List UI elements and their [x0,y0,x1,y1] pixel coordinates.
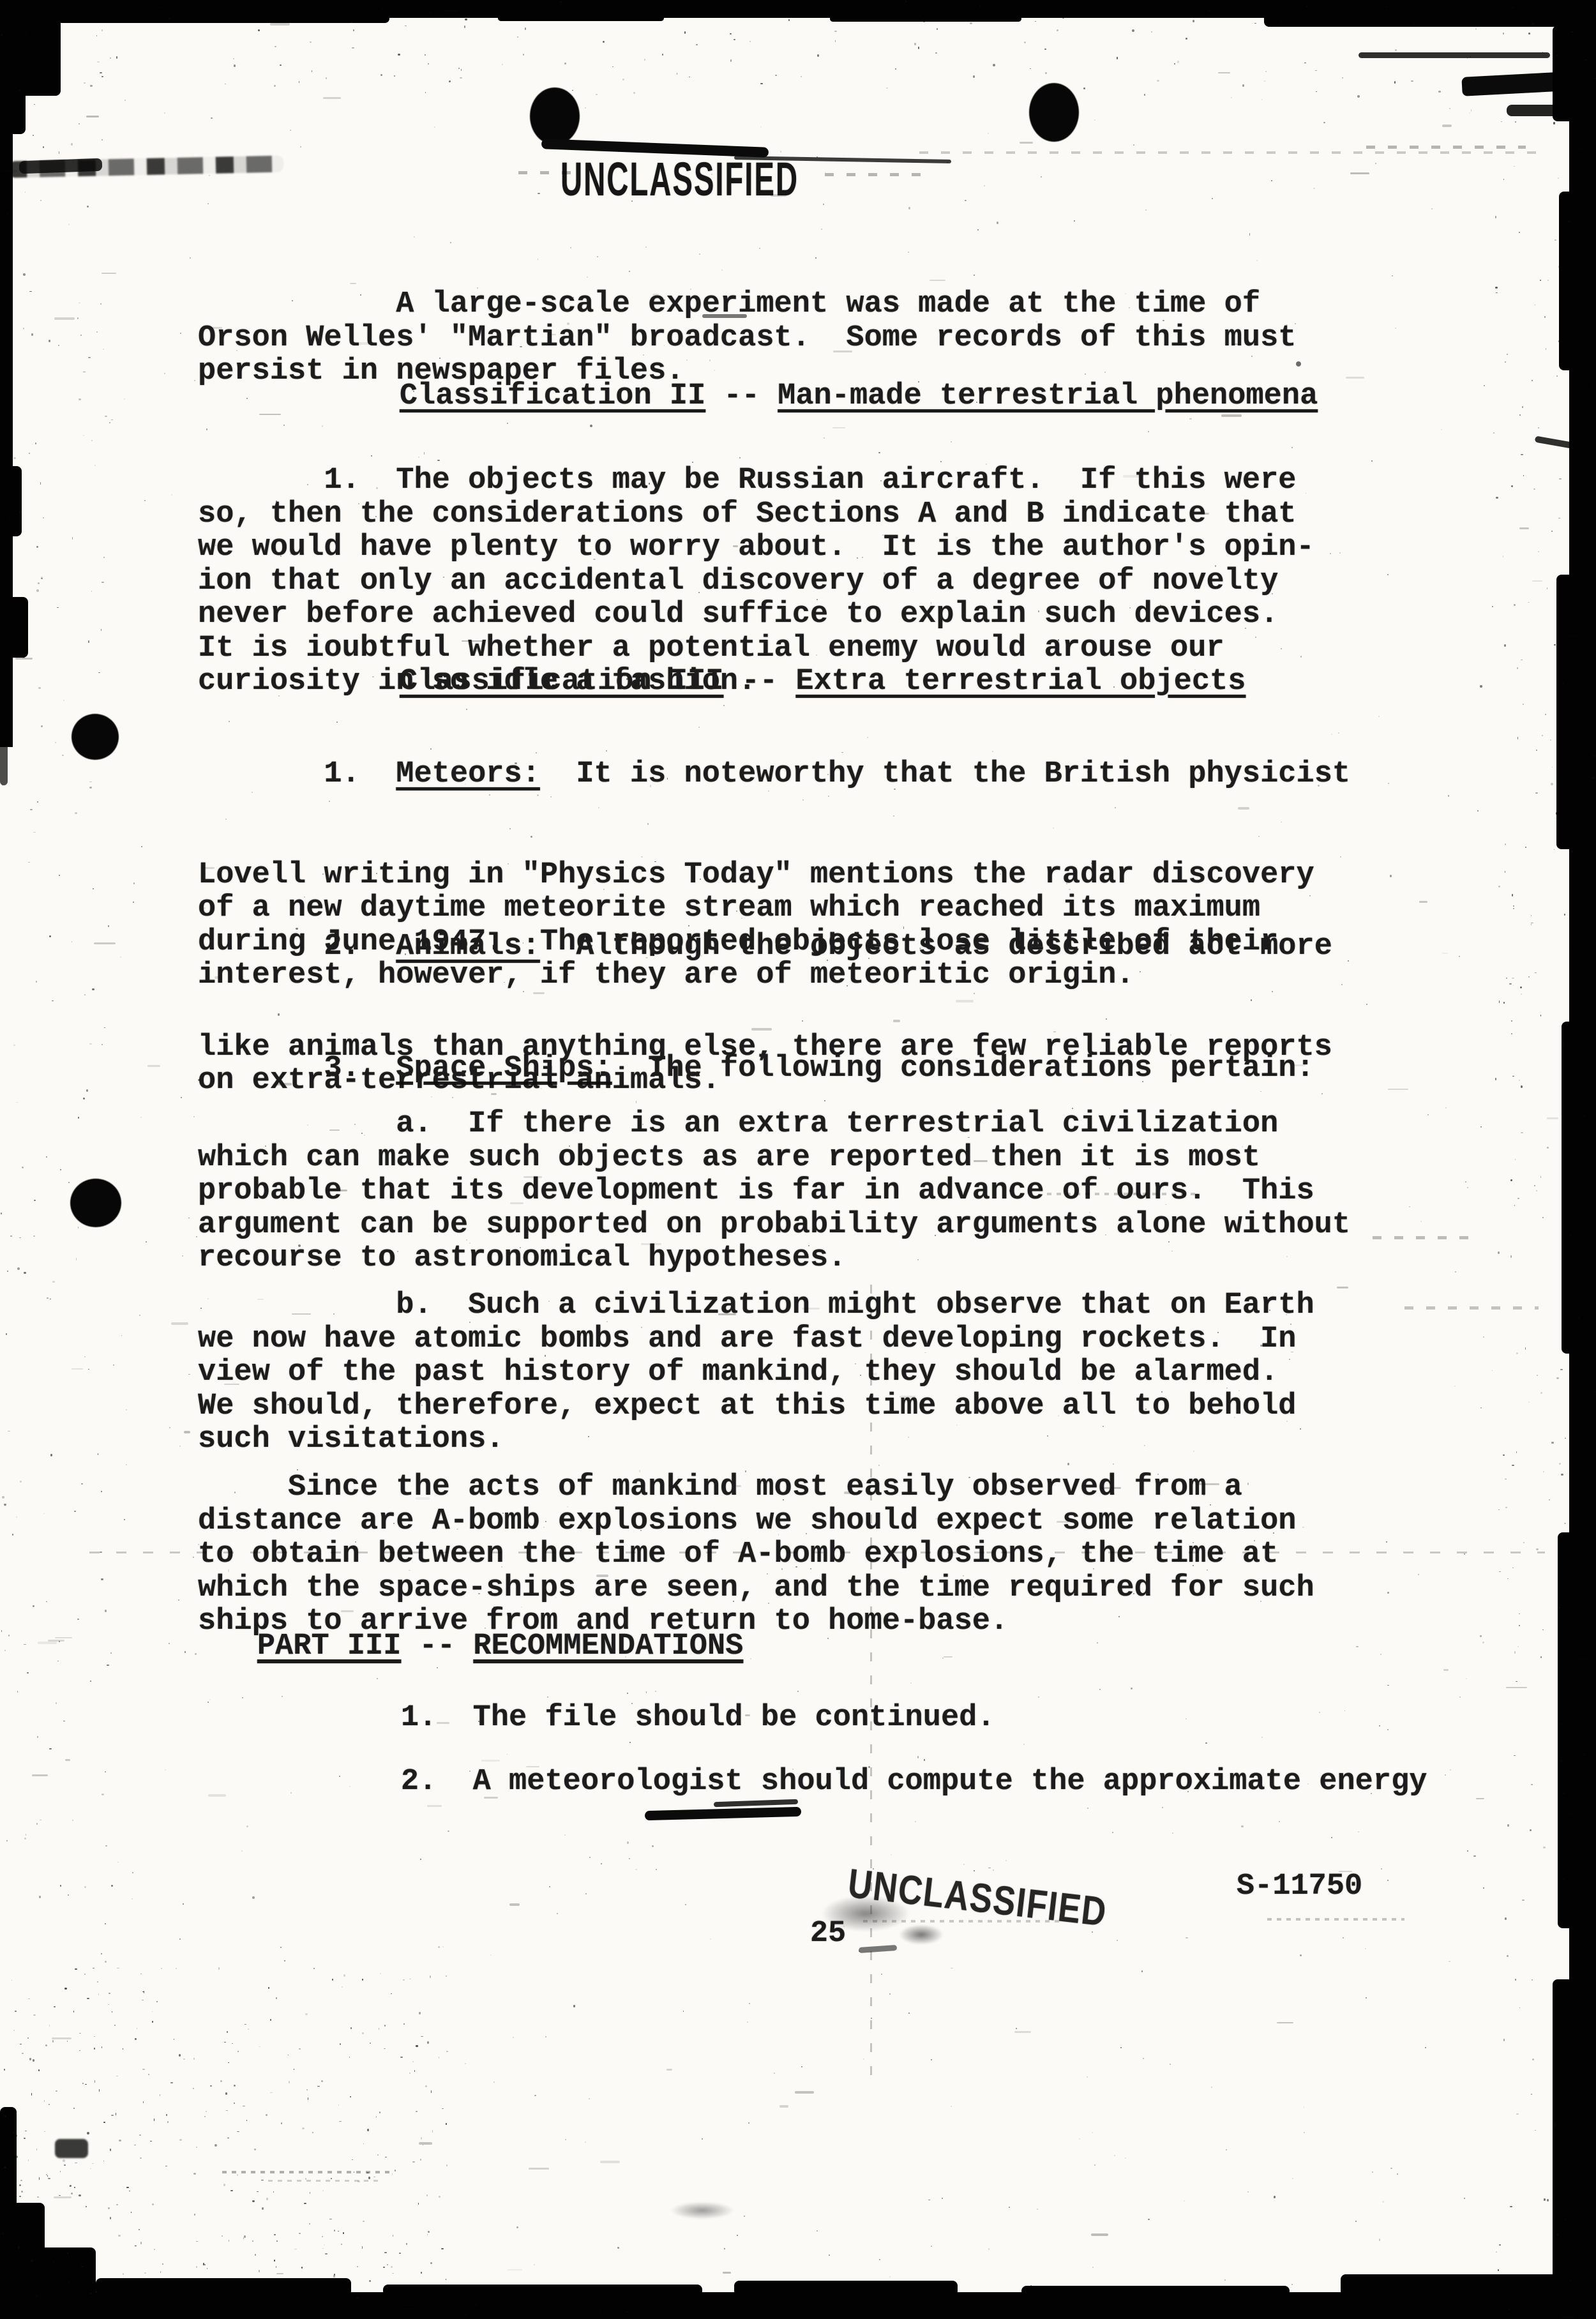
speck [1247,2191,1249,2193]
speck [97,61,100,63]
speck [1379,2239,1380,2241]
speck [1386,1541,1387,1543]
speck [1409,1206,1410,1207]
speck [1087,2076,1088,2078]
speck [160,2094,160,2096]
speck [103,349,104,350]
speck [43,146,44,148]
speck [391,2266,393,2268]
speck [1035,21,1036,22]
speck [299,81,299,83]
speck [52,1001,54,1001]
speck [1442,125,1452,127]
speck [931,2246,932,2247]
speck [970,22,972,24]
speck [1193,20,1194,22]
speck [276,2273,283,2274]
speck [50,1454,52,1456]
speck [357,2266,358,2267]
speck [1564,1523,1566,1524]
speck [430,2262,432,2264]
speck [1211,2087,1212,2088]
speck [58,345,59,346]
speck [48,1640,64,1642]
speck [105,1771,106,1772]
speck [1512,894,1513,896]
speck [188,1374,190,1375]
speck [1212,198,1213,199]
speck [1484,385,1485,386]
speck [276,2240,278,2242]
speck [237,2051,239,2052]
speck [148,2074,149,2075]
speck [98,1453,98,1455]
speck [246,1825,248,1827]
speck [93,1968,94,1968]
speck [343,1974,345,1977]
speck [399,2253,401,2254]
speck [937,28,938,30]
speck [1550,739,1551,741]
speck [1503,1002,1505,1004]
speck [1543,1471,1544,1472]
speck [183,2058,185,2060]
speck [29,453,30,454]
speck [19,2184,21,2186]
speck [1094,119,1095,121]
speck [585,2141,586,2143]
speck [75,1968,77,1970]
speck [274,85,276,87]
speck [438,1946,440,1948]
speck [49,2104,50,2105]
speck [68,223,70,225]
speck [376,2117,377,2117]
speck [1117,57,1118,59]
speck [963,1864,965,1865]
speck [1445,1107,1447,1108]
speck [1528,1401,1530,1403]
speck [126,1409,127,1410]
speck [601,1863,602,1864]
speck [196,2266,197,2268]
speck [309,2223,310,2225]
speck [1519,527,1529,529]
speck [1186,38,1187,40]
speck [465,19,467,20]
speck [379,2028,379,2030]
speck [557,1913,558,1914]
speck [461,69,462,71]
speck [341,2244,342,2245]
speck [91,440,93,441]
speck [78,1117,79,1119]
speck [274,2234,276,2235]
speck [350,2027,352,2029]
speck [96,35,97,36]
speck [352,2159,353,2160]
speck [1418,1574,1419,1575]
heading-sep: -- [401,1629,473,1663]
speck [1532,580,1542,582]
speck [1380,1654,1381,1655]
speck [67,2041,68,2042]
speck [428,63,429,64]
speck [425,92,426,93]
speck [86,116,99,117]
speck [68,1894,69,1896]
speck [1141,1970,1143,1972]
speck [1516,2113,1519,2115]
speck [100,303,102,305]
faint-scribble [863,1920,1061,1922]
speck [308,2097,308,2100]
speck [113,1364,114,1366]
speck [171,1322,188,1325]
speck [1492,1370,1493,1371]
speck [86,1089,88,1092]
speck [54,2196,72,2198]
speck [1514,166,1515,167]
speck [1277,2022,1293,2023]
speck [105,1610,107,1612]
speck [35,442,36,444]
speck [1313,188,1315,189]
speck [1186,1718,1187,1719]
speck [40,482,41,485]
speck [135,2038,137,2040]
speck [112,2011,112,2013]
speck [1448,795,1449,797]
speck [25,2131,27,2131]
speck [59,2195,61,2196]
speck [908,207,910,209]
speck [1381,1868,1382,1870]
speck [724,2248,725,2249]
scan-border-right-nub [1558,1532,1574,1928]
speck [294,2249,297,2249]
speck [183,1903,184,1905]
speck [1559,478,1562,480]
speck [94,465,96,466]
speck [517,36,518,38]
speck [1496,2251,1497,2253]
speck [261,2180,264,2180]
speck [689,77,690,77]
speck [775,75,777,76]
speck [20,2180,22,2181]
speck [432,2130,433,2133]
speck [1449,1961,1450,1962]
speck [585,107,586,109]
speck [1547,280,1549,281]
speck [43,1513,45,1514]
margin-dash [1404,1306,1539,1310]
speck [167,2121,169,2123]
speck [37,801,38,803]
speck [33,135,34,136]
speck [302,2127,305,2129]
speck [146,1241,147,1243]
speck [101,1491,102,1492]
speck [1387,1592,1389,1594]
speck [352,47,354,49]
speck [1511,1033,1512,1034]
speck [1117,1940,1118,1941]
speck [27,2037,29,2039]
speck [8,1431,10,1431]
speck [1543,1847,1546,1848]
speck [817,2230,818,2232]
speck [1445,1774,1446,1776]
speck [446,1975,447,1977]
speck [334,2230,335,2232]
speck [118,2235,121,2237]
speck [79,2033,81,2034]
speck [78,1227,79,1228]
speck [280,1947,282,1948]
speck [886,87,888,89]
speck [33,2014,36,2016]
speck [1522,406,1523,408]
speck [1382,2201,1384,2203]
speck [1172,1832,1173,1834]
speck [196,1236,197,1237]
speck [1263,80,1266,82]
speck [1378,716,1380,717]
speck [420,2159,421,2161]
speck [1549,1499,1550,1500]
fold-crease-horizontal [89,1552,1545,1553]
speck [193,2058,195,2060]
speck [252,1896,255,1899]
speck [246,2120,247,2121]
speck [617,2247,619,2249]
speck [1480,1635,1482,1637]
speck [11,1980,12,1981]
speck [24,1272,26,1274]
speck [44,2131,45,2132]
speck [409,1979,411,1979]
speck [403,1979,405,1981]
speck [1537,1375,1538,1376]
speck [1344,1711,1345,1711]
speck [31,333,33,336]
speck [333,2275,335,2277]
speck [1519,1080,1520,1081]
speck [380,1973,381,1974]
speck [1009,2207,1010,2208]
speck [37,2196,39,2198]
speck [788,19,790,21]
speck [677,73,677,75]
speck [392,2173,393,2175]
speck [1525,1347,1526,1350]
speck [1151,31,1152,33]
speck [1143,2058,1144,2059]
speck [1356,1646,1359,1647]
speck [1538,427,1539,428]
speck [28,1998,30,1999]
speck [1476,1798,1484,1799]
speck [367,2129,369,2131]
speck [56,1702,57,1704]
faint-scribble [1267,1918,1404,1921]
speck [48,2178,50,2179]
speck [1503,1454,1505,1456]
speck [573,2005,575,2007]
speck [248,2028,249,2030]
speck [426,2194,428,2196]
speck [72,1368,83,1370]
speck [164,373,165,374]
speck [266,2114,267,2116]
animals-term: Animals: [396,930,540,963]
speck [79,123,80,125]
speck [317,2086,320,2087]
scan-border-bottom-nub [1341,2274,1596,2296]
speck [1532,1979,1533,1981]
speck [101,629,102,631]
speck [63,700,64,701]
speck [124,398,125,400]
speck [94,942,116,944]
speck [133,882,135,884]
speck [110,2149,111,2151]
speck [206,2111,207,2112]
speck [1316,91,1317,92]
speck [881,1974,882,1975]
speck [150,2141,152,2141]
speck [4,1504,6,1506]
speck [92,988,94,990]
speck [383,2267,385,2268]
speck [120,956,121,958]
speck [1395,328,1396,329]
speck [1450,1769,1451,1771]
speck [72,941,72,942]
ink-smudge [821,1895,910,1932]
speck [132,1872,133,1873]
speck [126,1464,127,1465]
speck [370,2043,371,2044]
speck [1469,112,1470,114]
speck [121,1335,122,1336]
speck [603,41,605,43]
speck [1506,978,1507,979]
speck [284,1960,285,1961]
speck [215,2144,217,2147]
speck [63,1721,65,1721]
speck [169,1427,170,1428]
speck [109,1993,110,1994]
speck [84,1974,86,1975]
speck [339,2121,342,2122]
speck [234,2103,235,2104]
speck [1466,1678,1467,1679]
speck [103,2161,104,2161]
speck [1495,1078,1496,1080]
dotted-scribble [222,2171,395,2173]
speck [71,2193,73,2194]
speck [178,1599,179,1601]
speck [391,1993,392,1994]
recommendation-item-2: 2. A meteorologist should compute the ap… [329,1732,1427,1832]
speck [313,1968,315,1969]
speck [465,2063,466,2064]
speck [25,192,26,193]
edge-dashes [1366,146,1526,149]
speck [55,742,56,743]
item-text: 2. A meteorologist should compute the ap… [401,1765,1427,1799]
speck [1114,2155,1115,2156]
speck [10,1235,12,1237]
speck [1292,2178,1293,2179]
speck [36,981,37,983]
speck [662,54,663,56]
speck [801,2066,802,2067]
speck [1547,587,1547,589]
speck [446,2279,446,2280]
speck [41,725,43,727]
speck [116,2076,118,2076]
speck [1148,2219,1150,2220]
speck [1521,454,1523,455]
speck [71,143,73,146]
speck [1523,1542,1524,1543]
speck [1498,1509,1500,1510]
speck [1388,783,1389,784]
speck [931,2059,932,2060]
speck [254,2149,256,2150]
speck [523,54,524,56]
speck [72,537,73,540]
speck [82,2083,84,2084]
speck [412,2161,415,2163]
speck [538,193,540,194]
speck [441,2248,444,2249]
speck [154,2119,154,2121]
speck [135,2246,137,2246]
speck [1525,847,1526,848]
speck [1535,792,1538,794]
speck [973,75,975,78]
speck [1411,80,1413,82]
speck [1177,61,1179,63]
speck [1020,142,1033,144]
item-number: 1. [198,757,396,791]
speck [414,2070,415,2072]
speck [208,1794,226,1797]
speck [306,2089,308,2090]
speck [87,206,89,208]
speck [79,2050,80,2051]
speck [490,1954,492,1956]
speck [179,1446,181,1447]
speck [1455,1271,1456,1273]
speck [1495,216,1496,218]
speck [1517,1646,1519,1647]
speck [1540,1176,1541,1178]
speck [165,2166,167,2166]
speck [1531,915,1532,916]
speck [1467,1187,1468,1188]
speck [210,2085,212,2087]
speck [203,2263,204,2265]
speck [1079,2138,1080,2140]
scan-line [825,173,921,176]
speck [1483,1887,1484,1889]
